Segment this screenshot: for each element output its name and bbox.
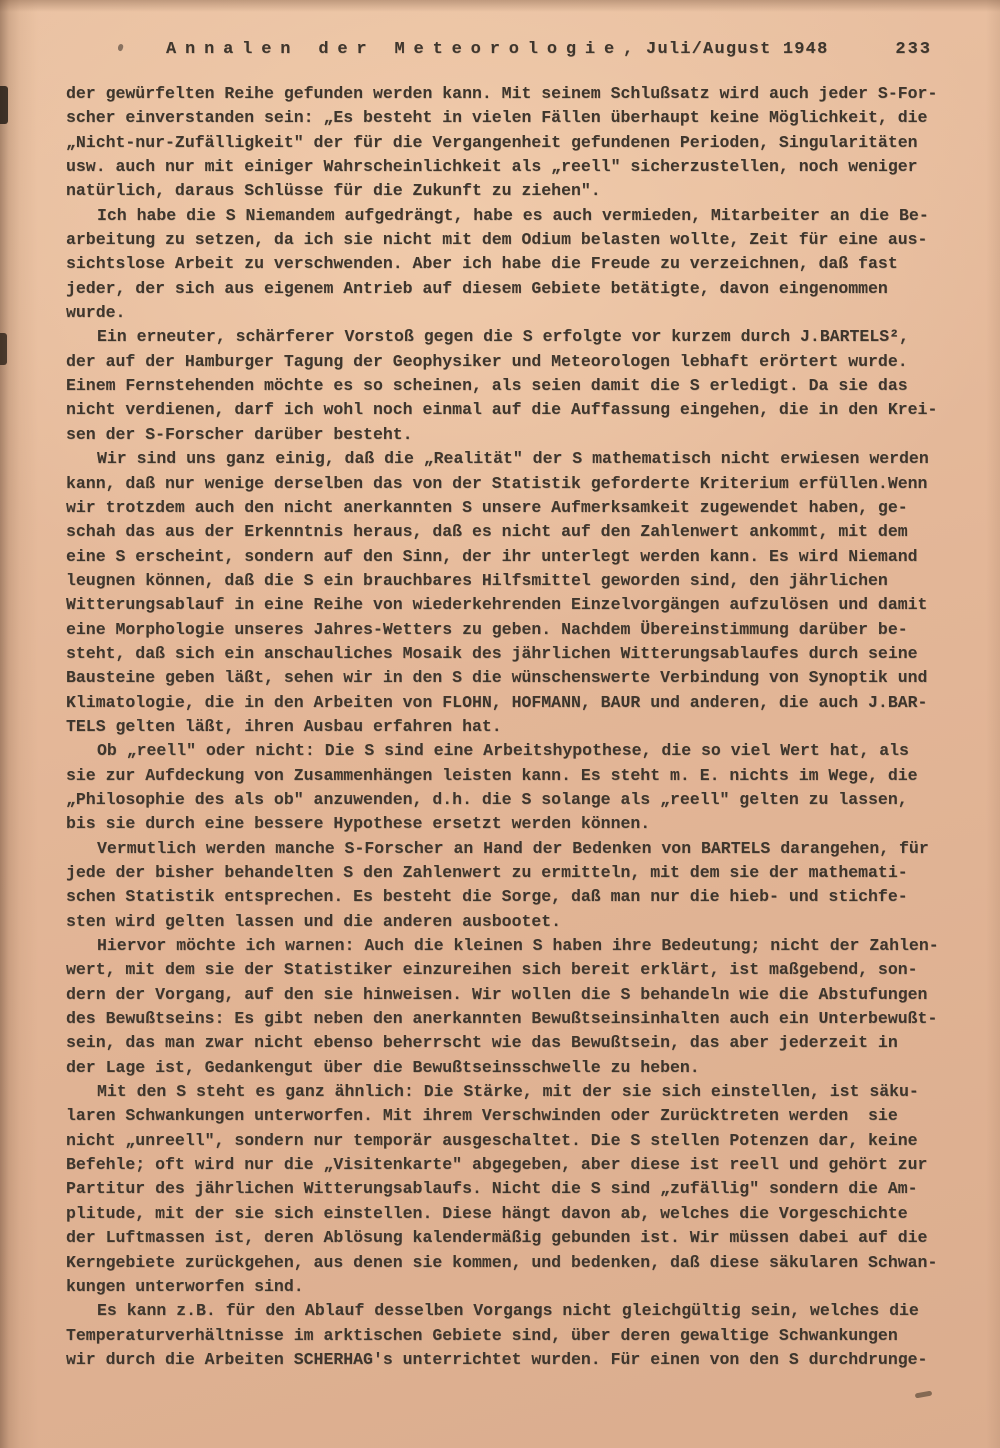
scanned-page: Annalen der Meteorologie,Juli/August 194… <box>0 0 1000 1448</box>
right-edge-shadow <box>986 0 1000 1448</box>
text-line: Einem Fernstehenden möchte es so scheine… <box>66 374 961 398</box>
page-number: 233 <box>895 40 932 59</box>
text-line: Befehle; oft wird nur die „Visitenkarte"… <box>66 1153 961 1177</box>
journal-title: Annalen der Meteorologie, <box>166 40 642 59</box>
text-line: usw. auch nur mit einiger Wahrscheinlich… <box>66 155 961 179</box>
text-line: laren Schwankungen unterworfen. Mit ihre… <box>66 1104 961 1128</box>
text-line: steht, daß sich ein anschauliches Mosaik… <box>66 642 961 666</box>
text-line: jede der bisher behandelten S den Zahlen… <box>66 861 961 885</box>
text-line: der Lage ist, Gedankengut über die Bewuß… <box>66 1056 961 1080</box>
text-line: arbeitung zu setzen, da ich sie nicht mi… <box>66 228 961 252</box>
paper-speck <box>117 43 124 51</box>
text-line: wir trotzdem auch den nicht anerkannten … <box>66 496 961 520</box>
text-line: wert, mit dem sie der Statistiker einzur… <box>66 958 961 982</box>
text-line: kann, daß nur wenige derselben das von d… <box>66 472 961 496</box>
text-line: schah das aus der Erkenntnis heraus, daß… <box>66 520 961 544</box>
text-line: sen der S-Forscher darüber besteht. <box>66 423 961 447</box>
text-line: nicht „unreell", sondern nur temporär au… <box>66 1129 961 1153</box>
text-line: scher einverstanden sein: „Es besteht in… <box>66 106 961 130</box>
text-line: Ich habe die S Niemandem aufgedrängt, ha… <box>66 204 961 228</box>
paragraph: Wir sind uns ganz einig, daß die „Realit… <box>66 447 961 739</box>
text-line: Partitur des jährlichen Witterungsablauf… <box>66 1177 961 1201</box>
binding-mark <box>0 86 8 124</box>
page-header: Annalen der Meteorologie,Juli/August 194… <box>166 40 828 59</box>
paragraph: Ob „reell" oder nicht: Die S sind eine A… <box>66 739 961 836</box>
binding-mark <box>0 333 7 365</box>
paragraph: Es kann z.B. für den Ablauf desselben Vo… <box>66 1299 961 1372</box>
paragraph: Ich habe die S Niemandem aufgedrängt, ha… <box>66 204 961 326</box>
text-line: sie zur Aufdeckung von Zusammenhängen le… <box>66 764 961 788</box>
text-line: schen Statistik entsprechen. Es besteht … <box>66 885 961 909</box>
text-line: dern der Vorgang, auf den sie hinweisen.… <box>66 983 961 1007</box>
text-line: der Luftmassen ist, deren Ablösung kalen… <box>66 1226 961 1250</box>
paragraph: Vermutlich werden manche S-Forscher an H… <box>66 837 961 934</box>
text-line: „Philosophie des als ob" anzuwenden, d.h… <box>66 788 961 812</box>
paper-speck <box>915 1391 933 1399</box>
text-line: Kerngebiete zurückgehen, aus denen sie k… <box>66 1251 961 1275</box>
text-line: eine Morphologie unseres Jahres-Wetters … <box>66 618 961 642</box>
text-line: Klimatologie, die in den Arbeiten von FL… <box>66 691 961 715</box>
paragraph: Mit den S steht es ganz ähnlich: Die Stä… <box>66 1080 961 1299</box>
paragraph: Hiervor möchte ich warnen: Auch die klei… <box>66 934 961 1080</box>
text-line: kungen unterworfen sind. <box>66 1275 961 1299</box>
text-line: leugnen können, daß die S ein brauchbare… <box>66 569 961 593</box>
text-line: plitude, mit der sie sich einstellen. Di… <box>66 1202 961 1226</box>
text-line: Vermutlich werden manche S-Forscher an H… <box>66 837 961 861</box>
text-line: Mit den S steht es ganz ähnlich: Die Stä… <box>66 1080 961 1104</box>
page-body: der gewürfelten Reihe gefunden werden ka… <box>66 82 961 1372</box>
text-line: jeder, der sich aus eigenem Antrieb auf … <box>66 277 961 301</box>
text-line: der auf der Hamburger Tagung der Geophys… <box>66 350 961 374</box>
text-line: sein, das man zwar nicht ebenso beherrsc… <box>66 1031 961 1055</box>
text-line: Temperaturverhältnisse im arktischen Geb… <box>66 1324 961 1348</box>
left-edge-shadow <box>0 0 38 1448</box>
text-line: Hiervor möchte ich warnen: Auch die klei… <box>66 934 961 958</box>
paragraph: Ein erneuter, schärferer Vorstoß gegen d… <box>66 325 961 447</box>
text-line: Ein erneuter, schärferer Vorstoß gegen d… <box>66 325 961 349</box>
text-line: Witterungsablauf in eine Reihe von wiede… <box>66 593 961 617</box>
paragraph: der gewürfelten Reihe gefunden werden ka… <box>66 82 961 204</box>
text-line: sichtslose Arbeit zu verschwenden. Aber … <box>66 252 961 276</box>
top-edge-shadow <box>0 0 1000 12</box>
text-line: wir durch die Arbeiten SCHERHAG's unterr… <box>66 1348 961 1372</box>
text-line: Bausteine geben läßt, sehen wir in den S… <box>66 666 961 690</box>
text-line: sten wird gelten lassen und die anderen … <box>66 910 961 934</box>
text-line: der gewürfelten Reihe gefunden werden ka… <box>66 82 961 106</box>
text-line: natürlich, daraus Schlüsse für die Zukun… <box>66 179 961 203</box>
text-line: eine S erscheint, sondern auf den Sinn, … <box>66 545 961 569</box>
text-line: wurde. <box>66 301 961 325</box>
text-line: „Nicht-nur-Zufälligkeit" der für die Ver… <box>66 131 961 155</box>
text-line: nicht verdienen, darf ich wohl noch einm… <box>66 398 961 422</box>
text-line: bis sie durch eine bessere Hypothese ers… <box>66 812 961 836</box>
issue-date: Juli/August 1948 <box>646 40 828 59</box>
text-line: Wir sind uns ganz einig, daß die „Realit… <box>66 447 961 471</box>
text-line: TELS gelten läßt, ihren Ausbau erfahren … <box>66 715 961 739</box>
text-line: des Bewußtseins: Es gibt neben den anerk… <box>66 1007 961 1031</box>
text-line: Ob „reell" oder nicht: Die S sind eine A… <box>66 739 961 763</box>
text-line: Es kann z.B. für den Ablauf desselben Vo… <box>66 1299 961 1323</box>
